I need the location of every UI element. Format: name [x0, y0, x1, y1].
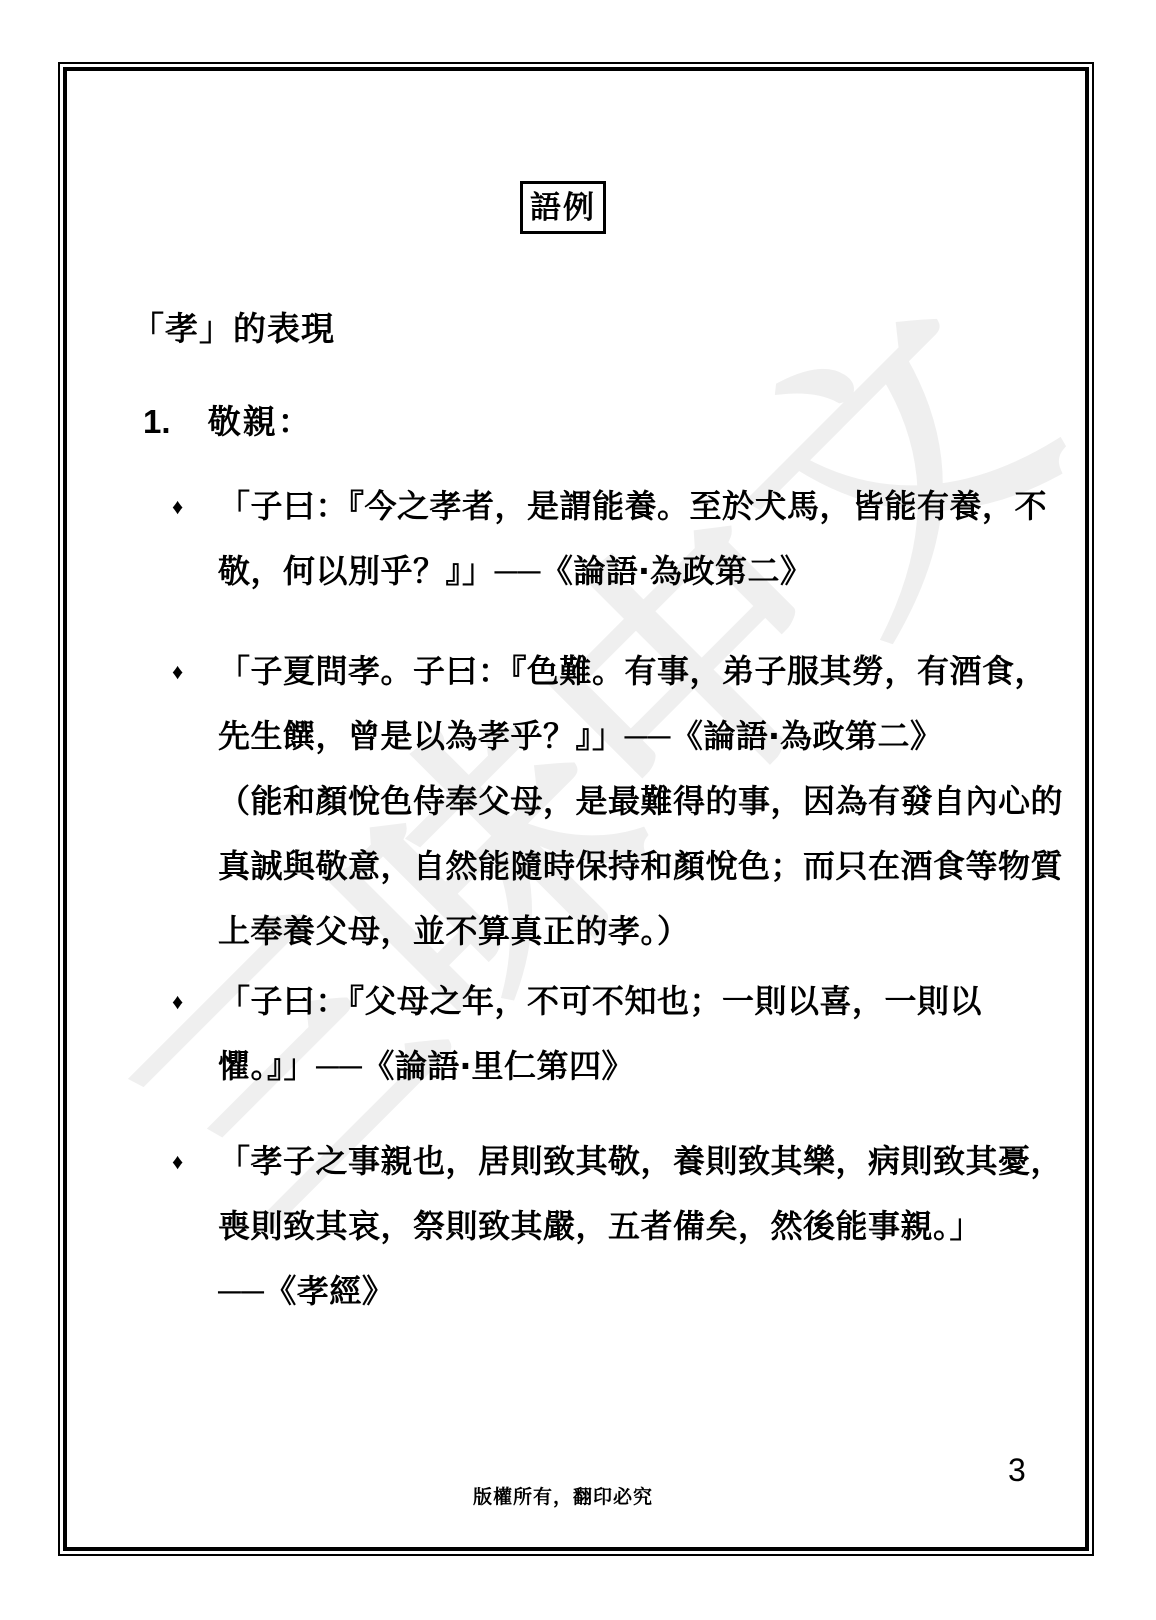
- diamond-bullet-icon: ♦: [172, 474, 218, 539]
- diamond-bullet-icon: ♦: [172, 639, 218, 704]
- quote-text-line: 敬，何以別乎？』」──《論語‧為政第二》: [218, 539, 1047, 604]
- quote-text: 「子曰：『父母之年，不可不知也；一則以喜，一則以懼。』」──《論語‧里仁第四》: [218, 969, 1012, 1099]
- quote-text-line: 「子曰：『今之孝者，是謂能養。至於犬馬，皆能有養，不: [218, 474, 1047, 539]
- quote-text: 「子夏問孝。子曰：『色難。有事，弟子服其勞，有酒食，先生饌，曾是以為孝乎？』」─…: [218, 639, 1063, 964]
- quote-text-line: 懼。』」──《論語‧里仁第四》: [218, 1034, 1012, 1099]
- diamond-bullet-icon: ♦: [172, 969, 218, 1034]
- quote-text-line: ──《孝經》: [218, 1259, 1063, 1324]
- quote-text: 「子曰：『今之孝者，是謂能養。至於犬馬，皆能有養，不敬，何以別乎？』」──《論語…: [218, 474, 1047, 604]
- quote-text-line: 「孝子之事親也，居則致其敬，養則致其樂，病則致其憂，: [218, 1129, 1063, 1194]
- quote-text-line: 真誠與敬意，自然能隨時保持和顏悅色；而只在酒食等物質: [218, 834, 1063, 899]
- page-number: 3: [1008, 1452, 1026, 1489]
- copyright-notice: 版權所有，翻印必究: [473, 1482, 653, 1509]
- quote-text-line: （能和顏悅色侍奉父母，是最難得的事，因為有發自內心的: [218, 769, 1063, 834]
- quote-text: 「孝子之事親也，居則致其敬，養則致其樂，病則致其憂，喪則致其哀，祭則致其嚴，五者…: [218, 1129, 1063, 1324]
- quote-text-line: 先生饌，曾是以為孝乎？』」──《論語‧為政第二》: [218, 704, 1063, 769]
- quote-text-line: 上奉養父母，並不算真正的孝。）: [218, 899, 1063, 964]
- quote-bullet-item: ♦「孝子之事親也，居則致其敬，養則致其樂，病則致其憂，喪則致其哀，祭則致其嚴，五…: [172, 1129, 1012, 1324]
- quote-text-line: 「子曰：『父母之年，不可不知也；一則以喜，一則以: [218, 969, 1012, 1034]
- quote-bullet-item: ♦「子曰：『今之孝者，是謂能養。至於犬馬，皆能有養，不敬，何以別乎？』」──《論…: [172, 474, 1012, 604]
- diamond-bullet-icon: ♦: [172, 1129, 218, 1194]
- quote-bullet-item: ♦「子夏問孝。子曰：『色難。有事，弟子服其勞，有酒食，先生饌，曾是以為孝乎？』」…: [172, 639, 1012, 964]
- quote-text-line: 「子夏問孝。子曰：『色難。有事，弟子服其勞，有酒食，: [218, 639, 1063, 704]
- document-content: 語例 「孝」的表現 1. 敬親： ♦「子曰：『今之孝者，是謂能養。至於犬馬，皆能…: [0, 0, 1156, 1620]
- quote-bullet-item: ♦「子曰：『父母之年，不可不知也；一則以喜，一則以懼。』」──《論語‧里仁第四》: [172, 969, 1012, 1099]
- quote-bullet-list: ♦「子曰：『今之孝者，是謂能養。至於犬馬，皆能有養，不敬，何以別乎？』」──《論…: [0, 0, 1156, 1620]
- quote-text-line: 喪則致其哀，祭則致其嚴，五者備矣，然後能事親。」: [218, 1194, 1063, 1259]
